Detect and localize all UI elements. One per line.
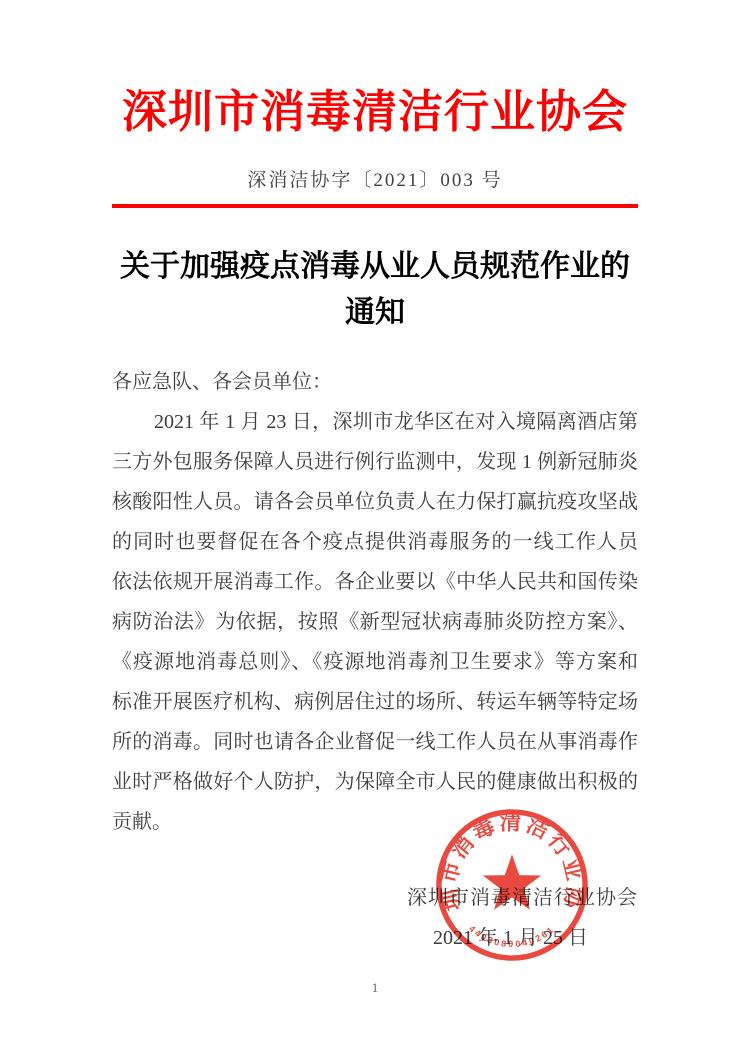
body-line: 的同时也要督促在各个疫点提供消毒服务的一线工作人员 xyxy=(112,522,638,562)
body-line: 2021 年 1 月 23 日，深圳市龙华区在对入境隔离酒店第 xyxy=(112,402,638,442)
red-divider xyxy=(112,204,638,208)
star-icon xyxy=(483,854,541,909)
svg-text:4403080040261: 4403080040261 xyxy=(467,923,557,949)
notice-title: 关于加强疫点消毒从业人员规范作业的 通知 xyxy=(112,244,638,336)
seal-code: 4403080040261 xyxy=(467,923,557,949)
doc-number: 深消洁协字〔2021〕003 号 xyxy=(112,168,638,194)
notice-title-line1: 关于加强疫点消毒从业人员规范作业的 xyxy=(112,244,638,290)
body-line: 三方外包服务保障人员进行例行监测中，发现 1 例新冠肺炎 xyxy=(112,442,638,482)
body-line: 依法依规开展消毒工作。各企业要以《中华人民共和国传染 xyxy=(112,562,638,602)
body-line: 标准开展医疗机构、病例居住过的场所、转运车辆等特定场 xyxy=(112,682,638,722)
document-page: 深圳市消毒清洁行业协会 深消洁协字〔2021〕003 号 关于加强疫点消毒从业人… xyxy=(0,0,750,1060)
body-line: 业时严格做好个人防护，为保障全市人民的健康做出积极的 xyxy=(112,762,638,802)
official-seal: 深圳市消毒清洁行业协会 4403080040261 xyxy=(433,806,591,964)
page-number: 1 xyxy=(0,980,750,996)
salutation: 各应急队、各会员单位： xyxy=(112,362,638,402)
body-line: 《疫源地消毒总则》、《疫源地消毒剂卫生要求》等方案和 xyxy=(112,642,638,682)
body-line: 所的消毒。同时也请各企业督促一线工作人员在从事消毒作 xyxy=(112,722,638,762)
notice-title-line2: 通知 xyxy=(112,290,638,336)
body-line: 核酸阳性人员。请各会员单位负责人在力保打赢抗疫攻坚战 xyxy=(112,482,638,522)
body-line: 病防治法》为依据，按照《新型冠状病毒肺炎防控方案》、 xyxy=(112,602,638,642)
org-title: 深圳市消毒清洁行业协会 xyxy=(112,86,638,138)
